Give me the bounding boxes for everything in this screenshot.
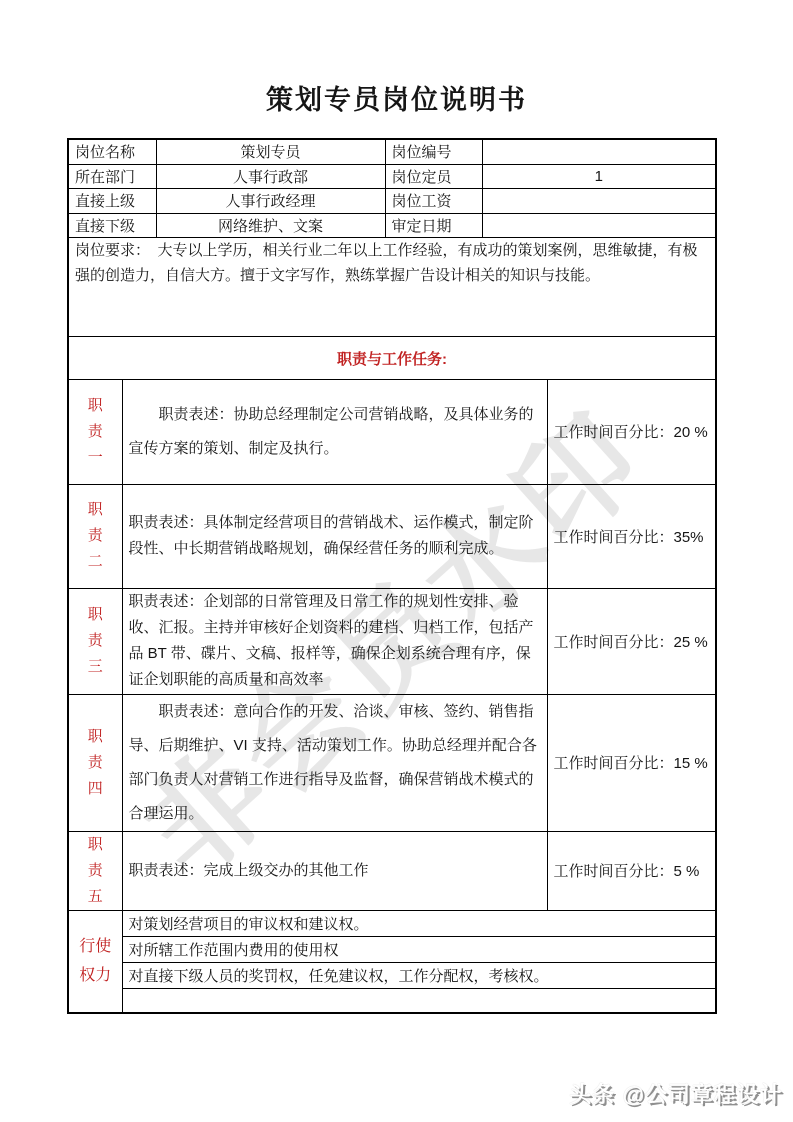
duty-1-label: 职责一 xyxy=(87,393,104,471)
info-label-position-code: 岗位编号 xyxy=(385,140,482,164)
info-label-direct-superior: 直接上级 xyxy=(69,188,156,213)
info-table: 岗位名称 策划专员 岗位编号 所在部门 人事行政部 岗位定员 1 直接上级 人事… xyxy=(69,140,715,237)
duty-row: 职责一 职责表述：协助总经理制定公司营销战略，及具体业务的宣传方案的策划、制定及… xyxy=(69,380,715,484)
footer-watermark: 头条 @公司章程设计 xyxy=(569,1078,783,1109)
duty-4-label: 职责四 xyxy=(87,724,104,802)
requirements-text: 岗位要求： 大专以上学历，相关行业二年以上工作经验，有成功的策划案例，思维敏捷，… xyxy=(69,238,715,336)
duty-5-label: 职责五 xyxy=(87,832,104,910)
power-item: 对所辖工作范围内费用的使用权 xyxy=(122,937,715,963)
info-label-department: 所在部门 xyxy=(69,164,156,188)
info-value-direct-superior: 人事行政经理 xyxy=(156,188,385,213)
info-value-headcount: 1 xyxy=(482,164,715,188)
power-item: 对直接下级人员的奖罚权，任免建议权，工作分配权，考核权。 xyxy=(122,963,715,989)
info-row: 岗位名称 策划专员 岗位编号 xyxy=(69,140,715,164)
duty-3-description: 职责表述：企划部的日常管理及日常工作的规划性安排、验收、汇报。主持并审核好企划资… xyxy=(122,588,547,694)
duty-2-description: 职责表述：具体制定经营项目的营销战术、运作模式，制定阶段性、中长期营销战略规划，… xyxy=(122,484,547,588)
duty-3-time-percent: 工作时间百分比：25 % xyxy=(547,588,715,694)
duties-heading: 职责与工作任务: xyxy=(69,337,715,379)
info-label-headcount: 岗位定员 xyxy=(385,164,482,188)
power-row: 对所辖工作范围内费用的使用权 xyxy=(69,937,715,963)
duties-heading-section: 职责与工作任务: xyxy=(69,337,715,379)
page-title: 策划专员岗位说明书 xyxy=(0,78,793,117)
duty-4-time-percent: 工作时间百分比：15 % xyxy=(547,694,715,831)
duty-5-time-percent: 工作时间百分比：5 % xyxy=(547,831,715,910)
power-row: 行使权力 对策划经营项目的审议权和建议权。 xyxy=(69,911,715,937)
duty-row: 职责三 职责表述：企划部的日常管理及日常工作的规划性安排、验收、汇报。主持并审核… xyxy=(69,588,715,694)
powers-label: 行使权力 xyxy=(77,932,113,990)
powers-table: 行使权力 对策划经营项目的审议权和建议权。 对所辖工作范围内费用的使用权 对直接… xyxy=(69,911,715,1012)
duty-2-label: 职责二 xyxy=(87,497,104,575)
info-value-position-code xyxy=(482,140,715,164)
duty-1-time-percent: 工作时间百分比：20 % xyxy=(547,380,715,484)
duty-5-description: 职责表述：完成上级交办的其他工作 xyxy=(122,831,547,910)
duty-1-description: 职责表述：协助总经理制定公司营销战略，及具体业务的宣传方案的策划、制定及执行。 xyxy=(122,380,547,484)
info-label-direct-subordinate: 直接下级 xyxy=(69,213,156,237)
info-row: 直接上级 人事行政经理 岗位工资 xyxy=(69,188,715,213)
info-value-department: 人事行政部 xyxy=(156,164,385,188)
info-value-review-date xyxy=(482,213,715,237)
power-item-empty xyxy=(122,989,715,1012)
info-value-salary xyxy=(482,188,715,213)
power-row: 对直接下级人员的奖罚权，任免建议权，工作分配权，考核权。 xyxy=(69,963,715,989)
duty-2-time-percent: 工作时间百分比：35% xyxy=(547,484,715,588)
info-value-position-name: 策划专员 xyxy=(156,140,385,164)
duties-table: 职责一 职责表述：协助总经理制定公司营销战略，及具体业务的宣传方案的策划、制定及… xyxy=(69,380,715,910)
job-description-table: 岗位名称 策划专员 岗位编号 所在部门 人事行政部 岗位定员 1 直接上级 人事… xyxy=(67,138,717,1014)
info-label-review-date: 审定日期 xyxy=(385,213,482,237)
duty-4-description: 职责表述：意向合作的开发、洽谈、审核、签约、销售指导、后期维护、VI 支持、活动… xyxy=(122,694,547,831)
duty-row: 职责五 职责表述：完成上级交办的其他工作 工作时间百分比：5 % xyxy=(69,831,715,910)
duty-row: 职责二 职责表述：具体制定经营项目的营销战术、运作模式，制定阶段性、中长期营销战… xyxy=(69,484,715,588)
power-item: 对策划经营项目的审议权和建议权。 xyxy=(122,911,715,937)
duty-row: 职责四 职责表述：意向合作的开发、洽谈、审核、签约、销售指导、后期维护、VI 支… xyxy=(69,694,715,831)
info-row: 所在部门 人事行政部 岗位定员 1 xyxy=(69,164,715,188)
info-label-position-name: 岗位名称 xyxy=(69,140,156,164)
info-row: 直接下级 网络维护、文案 审定日期 xyxy=(69,213,715,237)
duty-3-label: 职责三 xyxy=(87,602,104,680)
power-row xyxy=(69,989,715,1012)
info-label-salary: 岗位工资 xyxy=(385,188,482,213)
requirements-section: 岗位要求： 大专以上学历，相关行业二年以上工作经验，有成功的策划案例，思维敏捷，… xyxy=(69,238,715,336)
info-value-direct-subordinate: 网络维护、文案 xyxy=(156,213,385,237)
